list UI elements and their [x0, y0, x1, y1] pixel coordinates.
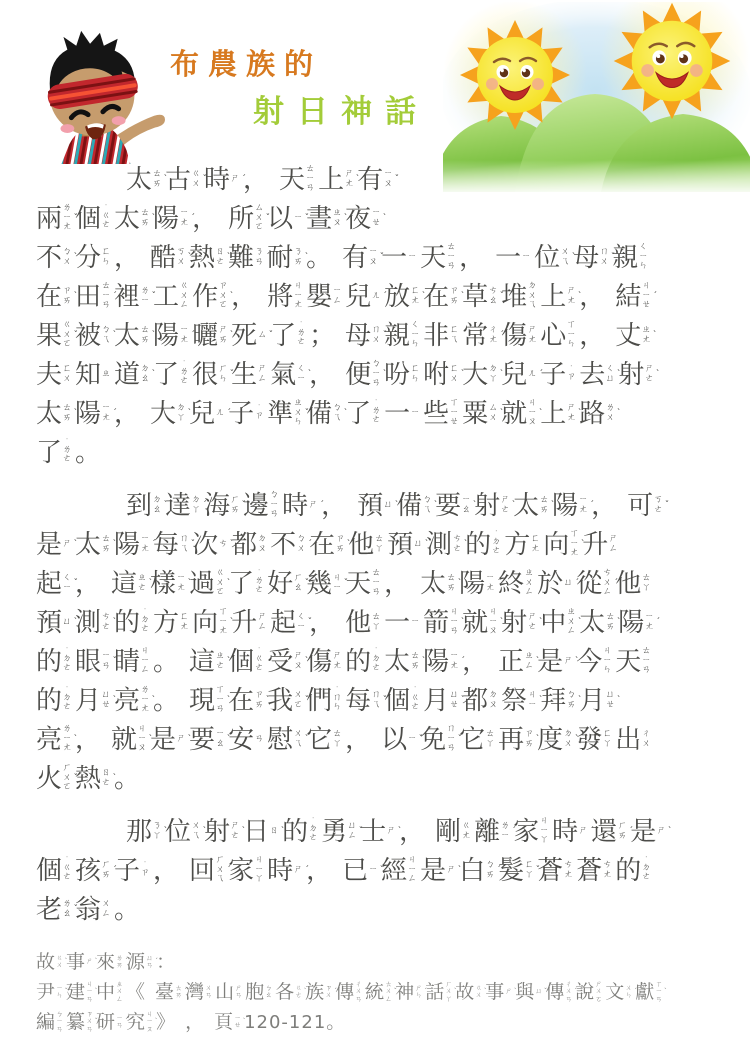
hanzi-character: 離 [474, 819, 500, 845]
char-with-zhuyin: 家ㄐㄧㄚ [228, 856, 267, 884]
char-with-zhuyin: 準ㄓㄨㄣˇ [267, 399, 306, 427]
zhuyin-annotation: ㄕㄤ [528, 326, 540, 345]
char-with-zhuyin: 粟ㄙㄨˋ [462, 401, 501, 427]
hanzi-character: 慰 [267, 727, 293, 753]
hanzi-character: 了 [228, 571, 254, 597]
zhuyin-annotation: ㄐㄧㄢˋ [450, 608, 462, 636]
bopomofo-letter: ㄞ [486, 871, 495, 880]
bopomofo-letter: ㄤ [642, 336, 651, 345]
bopomofo-letter: ㄜ [372, 664, 381, 673]
char-with-zhuyin: 丈ㄓㄤˋ [615, 323, 654, 349]
bopomofo-letter: ㄢ [235, 992, 242, 999]
tone-mark: ˋ [227, 657, 232, 666]
bopomofo-letter: ㄗ [567, 373, 576, 382]
bopomofo-letter: ㄜ [141, 625, 150, 634]
zhuyin-annotation: ㄅㄧㄢ [270, 491, 282, 519]
bopomofo-letter: ㄨ [325, 992, 332, 999]
tone-mark: ˊ [575, 579, 580, 588]
char-with-zhuyin: 上ㄕㄤˋ [540, 284, 579, 310]
zhuyin-annotation: ㄨㄣˊ [625, 985, 635, 1000]
hanzi-character: 備 [306, 401, 332, 427]
bopomofo-letter: ㄜ [411, 703, 420, 712]
hanzi-character: 在 [36, 284, 62, 310]
hanzi-character: 過 [189, 571, 215, 597]
char-with-zhuyin: 研ㄧㄢˊ [96, 1013, 126, 1032]
char-with-zhuyin: 個˙ㄍㄜ [384, 688, 423, 714]
hanzi-character: 胞 [245, 983, 264, 1002]
bopomofo-letter: ㄞ [63, 414, 72, 423]
bopomofo-letter: ㄢ [102, 301, 111, 310]
hanzi-character: 我 [267, 688, 293, 714]
bopomofo-letter: ㄤ [141, 545, 150, 554]
bopomofo-letter: ㄕ [63, 540, 72, 549]
zhuyin-annotation: ㄈㄟ [450, 326, 462, 345]
hanzi-character: 親 [384, 323, 410, 349]
hanzi-character: 大 [150, 401, 176, 427]
zhuyin-annotation: ㄓㄨㄣˇ [294, 399, 306, 427]
zhuyin-annotation: ㄐㄧㄚ [255, 856, 267, 884]
zhuyin-annotation: ㄖˋ [270, 827, 282, 836]
hanzi-character: 次 [192, 532, 218, 558]
bopomofo-letter: ㄤ [411, 297, 420, 306]
tone-mark: ˋ [347, 540, 352, 549]
hanzi-character: 太 [384, 649, 410, 675]
zhuyin-annotation: ㄙㄨㄛˇ [255, 204, 267, 232]
hanzi-character: 頁 [214, 1013, 233, 1032]
char-with-zhuyin: 故ㄍㄨˋ [36, 953, 66, 972]
bopomofo-letter: ㄚ [375, 545, 384, 554]
zhuyin-annotation: ㄧㄤˊ [102, 404, 114, 423]
zhuyin-annotation: ㄑㄧˇ [297, 613, 309, 632]
bopomofo-letter: ㄚ [255, 875, 264, 884]
bopomofo-letter: ㄝ [372, 219, 381, 228]
hanzi-character: 天 [420, 245, 446, 271]
bopomofo-letter: ㄠ [489, 297, 498, 306]
hanzi-character: 母 [573, 245, 599, 271]
zhuyin-annotation: ˙ㄌㄜ [63, 440, 75, 464]
char-with-zhuyin: 建ㄐㄧㄢˋ [66, 981, 96, 1003]
hanzi-character: 個 [75, 206, 101, 232]
hanzi-character: 孩 [75, 858, 101, 884]
bopomofo-letter: ㄥ [258, 623, 267, 632]
zhuyin-annotation: ˙ㄉㄜ [63, 649, 75, 673]
char-with-zhuyin: 事ㄕˋ [66, 953, 96, 972]
char-with-zhuyin: 個˙ㄍㄜ [228, 649, 267, 675]
bopomofo-letter: ㄩ [535, 988, 542, 995]
char-with-zhuyin: 的˙ㄉㄜ [114, 610, 153, 636]
hanzi-character: 射 [204, 819, 230, 845]
hanzi-character: 射 [618, 362, 644, 388]
zhuyin-annotation: ˙ㄍㄜ [102, 206, 114, 230]
char-with-zhuyin: 古ㄍㄨˇ [165, 167, 204, 193]
bopomofo-letter: ㄣ [639, 262, 648, 271]
bopomofo-letter: ㄨ [606, 414, 615, 423]
hanzi-character: 研 [96, 1013, 115, 1032]
hanzi-character: 好 [267, 571, 293, 597]
hanzi-character: 粟 [462, 401, 488, 427]
tone-mark: ˋ [344, 214, 349, 223]
char-with-zhuyin: 氣ㄑㄧˋ [270, 362, 309, 388]
zhuyin-annotation: ˙ㄌㄜ [372, 401, 384, 425]
bopomofo-letter: ㄘ [219, 540, 228, 549]
zhuyin-annotation: ㄕㄜˋ [645, 365, 657, 384]
tone-mark: ˋ [266, 696, 271, 705]
bopomofo-letter: ㄚ [486, 740, 495, 749]
char-with-zhuyin: 非ㄈㄟ [423, 323, 462, 349]
zhuyin-annotation: ㄅㄧㄢˋ [372, 360, 384, 388]
zhuyin-annotation: ㄧㄢˇ [102, 652, 114, 671]
bopomofo-letter: ㄥ [525, 662, 534, 671]
zhuyin-annotation: ㄧˇ [408, 735, 420, 744]
hanzi-character: 勇 [321, 819, 347, 845]
char-with-zhuyin: 個˙ㄍㄜ [75, 206, 114, 232]
hanzi-character: 祭 [501, 688, 527, 714]
char-with-zhuyin: 了˙ㄌㄜ [153, 362, 192, 388]
tone-mark: ˋ [242, 827, 247, 836]
hanzi-character: 事 [66, 953, 85, 972]
tone-mark: ˋ [243, 1019, 247, 1026]
hanzi-character: 路 [579, 401, 605, 427]
bopomofo-letter: ㄟ [294, 740, 303, 749]
bopomofo-letter: ㄢ [655, 996, 662, 1003]
bopomofo-letter: ㄜ [138, 584, 147, 593]
bopomofo-letter: ㄢ [255, 258, 264, 267]
zhuyin-annotation: ㄕㄜˋ [501, 496, 513, 515]
bopomofo-letter: ㄥ [609, 545, 618, 554]
zhuyin-annotation: ㄌㄨˋ [606, 404, 618, 423]
bopomofo-letter: ㄤ [345, 180, 354, 189]
char-with-zhuyin: 於ㄩˊ [537, 571, 576, 597]
story-content: 太ㄊㄞˋ古ㄍㄨˇ時ㄕˊ，天ㄊㄧㄢ上ㄕㄤˋ有ㄧㄡˇ兩ㄌㄧㄤˇ個˙ㄍㄜ太ㄊㄞˋ陽ㄧㄤ… [36, 160, 736, 1037]
zhuyin-annotation: ㄊㄚ [372, 613, 384, 632]
bopomofo-letter: ㄣ [294, 418, 303, 427]
zhuyin-annotation: ㄑㄧㄣ [411, 321, 423, 349]
hanzi-character: 可 [627, 493, 653, 519]
zhuyin-annotation: ㄅㄨˋ [63, 248, 75, 267]
char-with-zhuyin: 備ㄅㄟˋ [306, 401, 345, 427]
zhuyin-annotation: ㄊㄨㄥˇ [385, 981, 395, 1003]
hanzi-character: 度 [537, 727, 563, 753]
zhuyin-annotation: ˙ㄉㄜ [372, 649, 384, 673]
bopomofo-letter: ㄛ [219, 301, 228, 310]
tone-mark: ˋ [227, 697, 232, 706]
bopomofo-letter: ㄥ [116, 996, 123, 1003]
char-with-zhuyin: 到ㄉㄠˋ [126, 493, 165, 519]
bopomofo-letter: ㄜ [492, 547, 501, 556]
bopomofo-letter: ㄨ [297, 545, 306, 554]
bopomofo-letter: ㄩ [63, 618, 72, 627]
zhuyin-annotation: ㄨㄢ [205, 985, 215, 1000]
char-with-zhuyin: 預ㄩˋ [357, 493, 396, 519]
hanzi-character: 神 [395, 983, 414, 1002]
char-with-zhuyin: 山ㄕㄢ [215, 983, 245, 1002]
tone-mark: ˋ [536, 657, 541, 666]
tone-mark: ˋ [304, 989, 308, 996]
zhuyin-annotation: ㄌㄧˇ [141, 287, 153, 306]
tone-mark: ˇ [419, 735, 424, 744]
punctuation: 。 [153, 649, 175, 675]
char-with-zhuyin: 它ㄊㄚ [459, 727, 498, 753]
text-line: 起ㄑㄧˇ，這ㄓㄜˋ樣ㄧㄤˋ過ㄍㄨㄛˋ了˙ㄌㄜ好ㄏㄠˇ幾ㄐㄧˇ天ㄊㄧㄢ，太ㄊㄞˋ陽… [36, 564, 736, 603]
char-with-zhuyin: 與ㄩˇ [515, 983, 545, 1002]
char-with-zhuyin: 夜ㄧㄝˋ [345, 206, 384, 232]
hanzi-character: 家 [228, 858, 254, 884]
tone-mark: ˋ [422, 292, 427, 301]
char-with-zhuyin: 向ㄒㄧㄤˋ [192, 608, 231, 636]
char-with-zhuyin: 每ㄇㄟˇ [153, 532, 192, 558]
hanzi-character: 各 [275, 983, 294, 1002]
bopomofo-letter: ㄢ [450, 627, 459, 636]
char-with-zhuyin: 就ㄐㄧㄡˋ [501, 399, 540, 427]
hanzi-character: 非 [423, 323, 449, 349]
bopomofo-letter: ㄜ [654, 506, 663, 515]
bopomofo-letter: ㄜ [102, 623, 111, 632]
bopomofo-letter: ㄜ [645, 375, 654, 384]
text-line: 火ㄏㄨㄛˇ熱ㄖㄜˋ。 [36, 759, 736, 798]
hanzi-character: 大 [462, 362, 488, 388]
zhuyin-annotation: ㄉㄠˋ [141, 365, 153, 384]
hanzi-character: 被 [75, 323, 101, 349]
tone-mark: ˋ [74, 736, 79, 745]
char-with-zhuyin: 要ㄧㄠˋ [435, 493, 474, 519]
hanzi-character: 去 [579, 362, 605, 388]
text-line: 老ㄌㄠˇ翁ㄨㄥ。 [36, 890, 736, 929]
bopomofo-letter: ㄩ [564, 579, 573, 588]
zhuyin-annotation: ㄗㄨˊ [325, 985, 335, 1000]
bopomofo-letter: ㄤ [450, 662, 459, 671]
zhuyin-annotation: ㄈㄨˋ [450, 365, 462, 384]
zhuyin-annotation: ㄈㄚˇ [525, 861, 537, 880]
bopomofo-letter: ㄥ [408, 875, 417, 884]
hanzi-character: 曬 [192, 323, 218, 349]
hanzi-character: 備 [396, 493, 422, 519]
tone-mark: ˋ [514, 989, 518, 996]
tone-mark: ˋ [458, 866, 463, 875]
zhuyin-annotation: ㄨㄛˇ [294, 691, 306, 710]
char-with-zhuyin: 難ㄋㄢˊ [228, 245, 267, 271]
hanzi-character: 統 [365, 983, 384, 1002]
zhuyin-annotation: ㄇㄨˇ [372, 326, 384, 345]
char-with-zhuyin: 上ㄕㄤˋ [318, 167, 357, 193]
hanzi-character: 就 [501, 401, 527, 427]
story-title-line2: 射日神話 [253, 86, 429, 131]
hanzi-character: 親 [612, 245, 638, 271]
tone-mark: ˊ [125, 1019, 129, 1026]
tone-mark: ˊ [364, 989, 368, 996]
char-with-zhuyin: 很ㄏㄣˇ [192, 362, 231, 388]
hanzi-character: 每 [345, 688, 371, 714]
zhuyin-annotation: ㄘㄠˇ [489, 287, 501, 306]
zhuyin-annotation: ㄧ [411, 409, 423, 418]
hanzi-character: 了 [270, 323, 296, 349]
tone-mark: ˊ [634, 989, 638, 996]
hanzi-character: 陽 [114, 532, 140, 558]
tone-mark: ˋ [164, 175, 169, 184]
char-with-zhuyin: 天ㄊㄧㄢ [615, 647, 654, 675]
zhuyin-annotation: ㄊㄞˊ [175, 985, 185, 1000]
bopomofo-letter: ㄤ [333, 662, 342, 671]
hanzi-character: 箭 [423, 610, 449, 636]
hanzi-character: 陽 [423, 649, 449, 675]
hanzi-character: 陽 [459, 571, 485, 597]
text-line: 在ㄗㄞˋ田ㄊㄧㄢˊ裡ㄌㄧˇ工ㄍㄨㄥ作ㄗㄨㄛˋ，將ㄐㄧㄤ嬰ㄧㄥ兒ㄦˊ放ㄈㄤˋ在ㄗㄞ… [36, 277, 736, 316]
zhuyin-annotation: ㄈㄣ [102, 248, 114, 267]
char-with-zhuyin: 田ㄊㄧㄢˊ [75, 282, 114, 310]
zhuyin-annotation: ㄗㄞˋ [63, 287, 75, 306]
zhuyin-annotation: ㄕˋ [657, 827, 669, 836]
hanzi-character: 是 [420, 858, 446, 884]
hanzi-character: 上 [540, 284, 566, 310]
char-with-zhuyin: 預ㄩˋ [387, 532, 426, 558]
boy-cheek [112, 116, 126, 125]
tone-mark: ˋ [578, 292, 583, 301]
zhuyin-annotation: ㄨㄟˋ [294, 730, 306, 749]
tone-mark: ˋ [617, 409, 622, 418]
hanzi-character: 達 [165, 493, 191, 519]
boy-cheek [60, 124, 74, 133]
char-with-zhuyin: 吩ㄈㄣ [384, 362, 423, 388]
bopomofo-letter: ㄚ [153, 832, 162, 841]
tone-mark: ˊ [242, 175, 247, 184]
hanzi-character: 便 [345, 362, 371, 388]
tone-mark: ˋ [539, 410, 544, 419]
bopomofo-letter: ㄝ [102, 701, 111, 710]
hanzi-character: 預 [357, 493, 383, 519]
tone-mark: ˇ [394, 989, 398, 996]
zhuyin-annotation: ㄕˊ [294, 866, 306, 875]
tone-mark: ˋ [308, 370, 313, 379]
tone-mark: ˊ [383, 292, 388, 301]
bopomofo-letter: ㄞ [411, 662, 420, 671]
tone-mark: ˋ [653, 331, 658, 340]
bopomofo-letter: ㄣ [567, 340, 576, 349]
tone-mark: ˋ [461, 370, 466, 379]
bopomofo-letter: ㄣ [56, 992, 63, 999]
tone-mark: ˋ [668, 827, 673, 836]
story-body: 太ㄊㄞˋ古ㄍㄨˇ時ㄕˊ，天ㄊㄧㄢ上ㄕㄤˋ有ㄧㄡˇ兩ㄌㄧㄤˇ個˙ㄍㄜ太ㄊㄞˋ陽ㄧㄤ… [36, 160, 736, 929]
zhuyin-annotation: ㄗㄞˋ [450, 287, 462, 306]
bopomofo-letter: ㄢ [86, 1026, 93, 1033]
hanzi-character: 來 [96, 953, 115, 972]
zhuyin-annotation: ˙ㄉㄜ [492, 532, 504, 556]
zhuyin-annotation: ㄌㄧㄤˋ [141, 686, 153, 714]
hanzi-character: 母 [345, 323, 371, 349]
punctuation: ， [153, 858, 175, 884]
hanzi-character: 日 [243, 819, 269, 845]
bopomofo-letter: ㄢ [146, 962, 153, 969]
zhuyin-annotation: ㄧㄤˊ [579, 496, 591, 515]
bopomofo-letter: ㄜ [102, 779, 111, 788]
zhuyin-annotation: ˙ㄗ [567, 367, 579, 382]
bopomofo-letter: ㄧ [297, 623, 306, 632]
hanzi-character: 傳 [545, 983, 564, 1002]
bopomofo-letter: ㄕ [387, 827, 396, 836]
char-with-zhuyin: 現ㄒㄧㄢˋ [189, 686, 228, 714]
char-with-zhuyin: 嬰ㄧㄥ [306, 284, 345, 310]
tone-mark: ˇ [191, 540, 196, 549]
tone-mark: ˇ [74, 215, 79, 224]
char-with-zhuyin: 慰ㄨㄟˋ [267, 727, 306, 753]
punctuation: 《 [126, 983, 144, 1002]
char-with-zhuyin: 是ㄕˋ [36, 532, 75, 558]
bopomofo-letter: ㄕ [505, 988, 512, 995]
bopomofo-letter: ㄙ [258, 331, 267, 340]
hanzi-character: 天 [279, 167, 305, 193]
hanzi-character: 上 [318, 167, 344, 193]
char-with-zhuyin: 裡ㄌㄧˇ [114, 284, 153, 310]
hanzi-character: 子 [540, 362, 566, 388]
punctuation: ： [156, 953, 174, 972]
bopomofo-letter: ㄧ [522, 253, 531, 262]
bopomofo-letter: ㄕ [231, 175, 240, 184]
zhuyin-annotation: ㄩㄝˋ [102, 691, 114, 710]
bopomofo-letter: ㄢ [216, 705, 225, 714]
punctuation: 。 [114, 897, 136, 923]
hanzi-character: 山 [215, 983, 234, 1002]
bopomofo-letter: ㄢ [565, 996, 572, 1003]
char-with-zhuyin: 灣ㄨㄢ [185, 983, 215, 1002]
char-with-zhuyin: 傳ㄔㄨㄢˊ [545, 981, 575, 1003]
tone-mark: ˊ [191, 214, 196, 223]
char-with-zhuyin: 的˙ㄉㄜ [36, 649, 75, 675]
hanzi-character: 它 [459, 727, 485, 753]
hanzi-character: 了 [36, 440, 62, 466]
bopomofo-letter: ㄠ [63, 910, 72, 919]
zhuyin-annotation: ㄓㄡˋ [333, 209, 345, 228]
char-with-zhuyin: 是ㄕˋ [630, 819, 669, 845]
tone-mark: ˋ [281, 827, 286, 836]
zhuyin-annotation: ㄒㄧㄤˋ [219, 608, 231, 636]
bopomofo-letter: ㄞ [567, 701, 576, 710]
zhuyin-annotation: ㄐㄧㄝˊ [642, 282, 654, 310]
tone-mark: ˋ [152, 697, 157, 706]
hanzi-character: 於 [537, 571, 563, 597]
tone-mark: ˋ [500, 370, 505, 379]
zhuyin-annotation: ㄉㄚˋ [489, 365, 501, 384]
hanzi-character: 傳 [335, 983, 354, 1002]
hanzi-character: 海 [204, 493, 230, 519]
char-with-zhuyin: 有ㄧㄡˇ [357, 167, 396, 193]
hanzi-character: 天 [345, 571, 371, 597]
char-with-zhuyin: 太ㄊㄞˋ [114, 206, 153, 232]
hanzi-character: 吩 [384, 362, 410, 388]
char-with-zhuyin: 射ㄕㄜˋ [501, 610, 540, 636]
bopomofo-letter: ㄤ [567, 297, 576, 306]
hanzi-character: 常 [462, 323, 488, 349]
bopomofo-letter: ㄨ [177, 258, 186, 267]
zhuyin-annotation: ㄏㄞˊ [618, 822, 630, 841]
char-with-zhuyin: 要ㄧㄠˋ [189, 727, 228, 753]
bopomofo-letter: ㄕ [447, 866, 456, 875]
char-with-zhuyin: 剛ㄍㄤ [435, 819, 474, 845]
hanzi-character: 今 [576, 649, 602, 675]
char-with-zhuyin: 酷ㄎㄨˋ [150, 245, 189, 271]
zhuyin-annotation: ㄘㄜˋ [102, 613, 114, 632]
tone-mark: ˇ [266, 215, 271, 224]
hanzi-character: 時 [267, 858, 293, 884]
bopomofo-letter: ㄧ [411, 409, 420, 418]
hanzi-character: 熱 [75, 766, 101, 792]
char-with-zhuyin: 生ㄕㄥ [231, 362, 270, 388]
bopomofo-letter: ㄕ [564, 657, 573, 666]
tone-mark: ˋ [65, 959, 69, 966]
hanzi-character: 從 [576, 571, 602, 597]
char-with-zhuyin: 它ㄊㄚ [306, 727, 345, 753]
char-with-zhuyin: 耐ㄋㄞˋ [267, 245, 306, 271]
tone-mark: ˊ [113, 293, 118, 302]
zhuyin-annotation: ㄏㄨㄛˇ [63, 764, 75, 792]
tone-mark: ˋ [113, 618, 118, 627]
